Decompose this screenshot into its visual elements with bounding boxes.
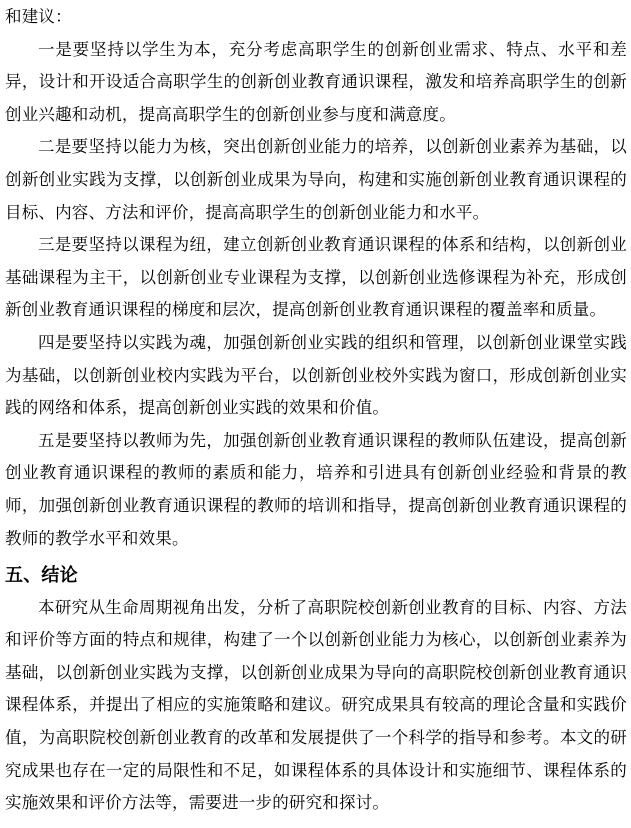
- suggestion-paragraph-5: 五是要坚持以教师为先，加强创新创业教育通识课程的教师队伍建设，提高创新创业教育通…: [5, 425, 627, 555]
- suggestion-paragraph-4: 四是要坚持以实践为魂，加强创新创业实践的组织和管理，以创新创业课堂实践为基础，以…: [5, 327, 627, 425]
- document-page: 和建议： 一是要坚持以学生为本，充分考虑高职学生的创新创业需求、特点、水平和差异…: [0, 0, 631, 820]
- continuation-paragraph: 和建议：: [5, 1, 627, 34]
- conclusion-section-heading: 五、结论: [5, 559, 627, 592]
- suggestion-paragraph-3: 三是要坚持以课程为纽，建立创新创业教育通识课程的体系和结构，以创新创业基础课程为…: [5, 229, 627, 327]
- suggestion-paragraph-2: 二是要坚持以能力为核，突出创新创业能力的培养，以创新创业素养为基础，以创新创业实…: [5, 131, 627, 229]
- conclusion-paragraph: 本研究从生命周期视角出发，分析了高职院校创新创业教育的目标、内容、方法和评价等方…: [5, 592, 627, 820]
- suggestion-paragraph-1: 一是要坚持以学生为本，充分考虑高职学生的创新创业需求、特点、水平和差异，设计和开…: [5, 34, 627, 132]
